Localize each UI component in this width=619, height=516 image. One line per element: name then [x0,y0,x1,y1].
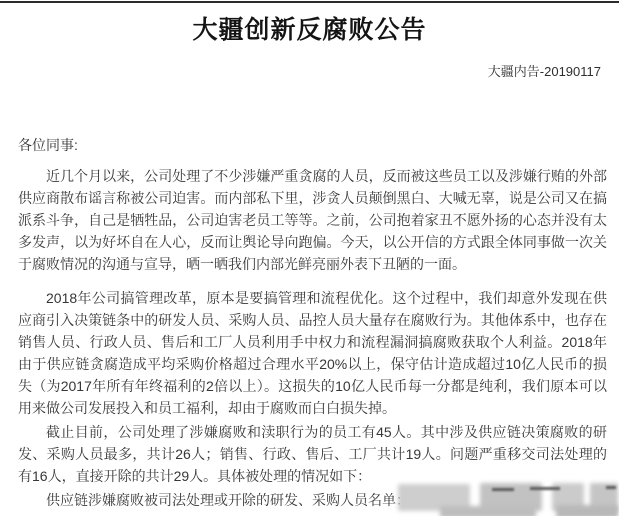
redacted-name-blur [556,505,618,516]
paragraph-statistics: 截止目前，公司处理了涉嫌腐败和渎职行为的员工有45人。其中涉及供应链决策腐败的研… [18,421,607,487]
document-number: 大疆内告-20190117 [488,61,601,80]
paragraph-intro: 近几个月以来，公司处理了不少涉嫌严重贪腐的人员，反而被这些员工以及涉嫌行贿的外部… [18,165,607,275]
page-title: 大疆创新反腐败公告 [0,10,619,46]
redacted-name-blur [440,506,536,516]
redacted-text-fragment [530,487,560,490]
paragraph-findings: 2018年公司搞管理改革，原本是要搞管理和流程优化。这个过程中，我们却意外发现在… [18,287,607,419]
redacted-text-fragment [492,488,514,491]
announcement-document: 大疆创新反腐败公告 大疆内告-20190117 各位同事: 近几个月以来，公司处… [0,0,619,516]
redacted-text-fragment [606,486,616,489]
salutation: 各位同事: [18,135,78,155]
top-rule-divider [0,1,619,3]
